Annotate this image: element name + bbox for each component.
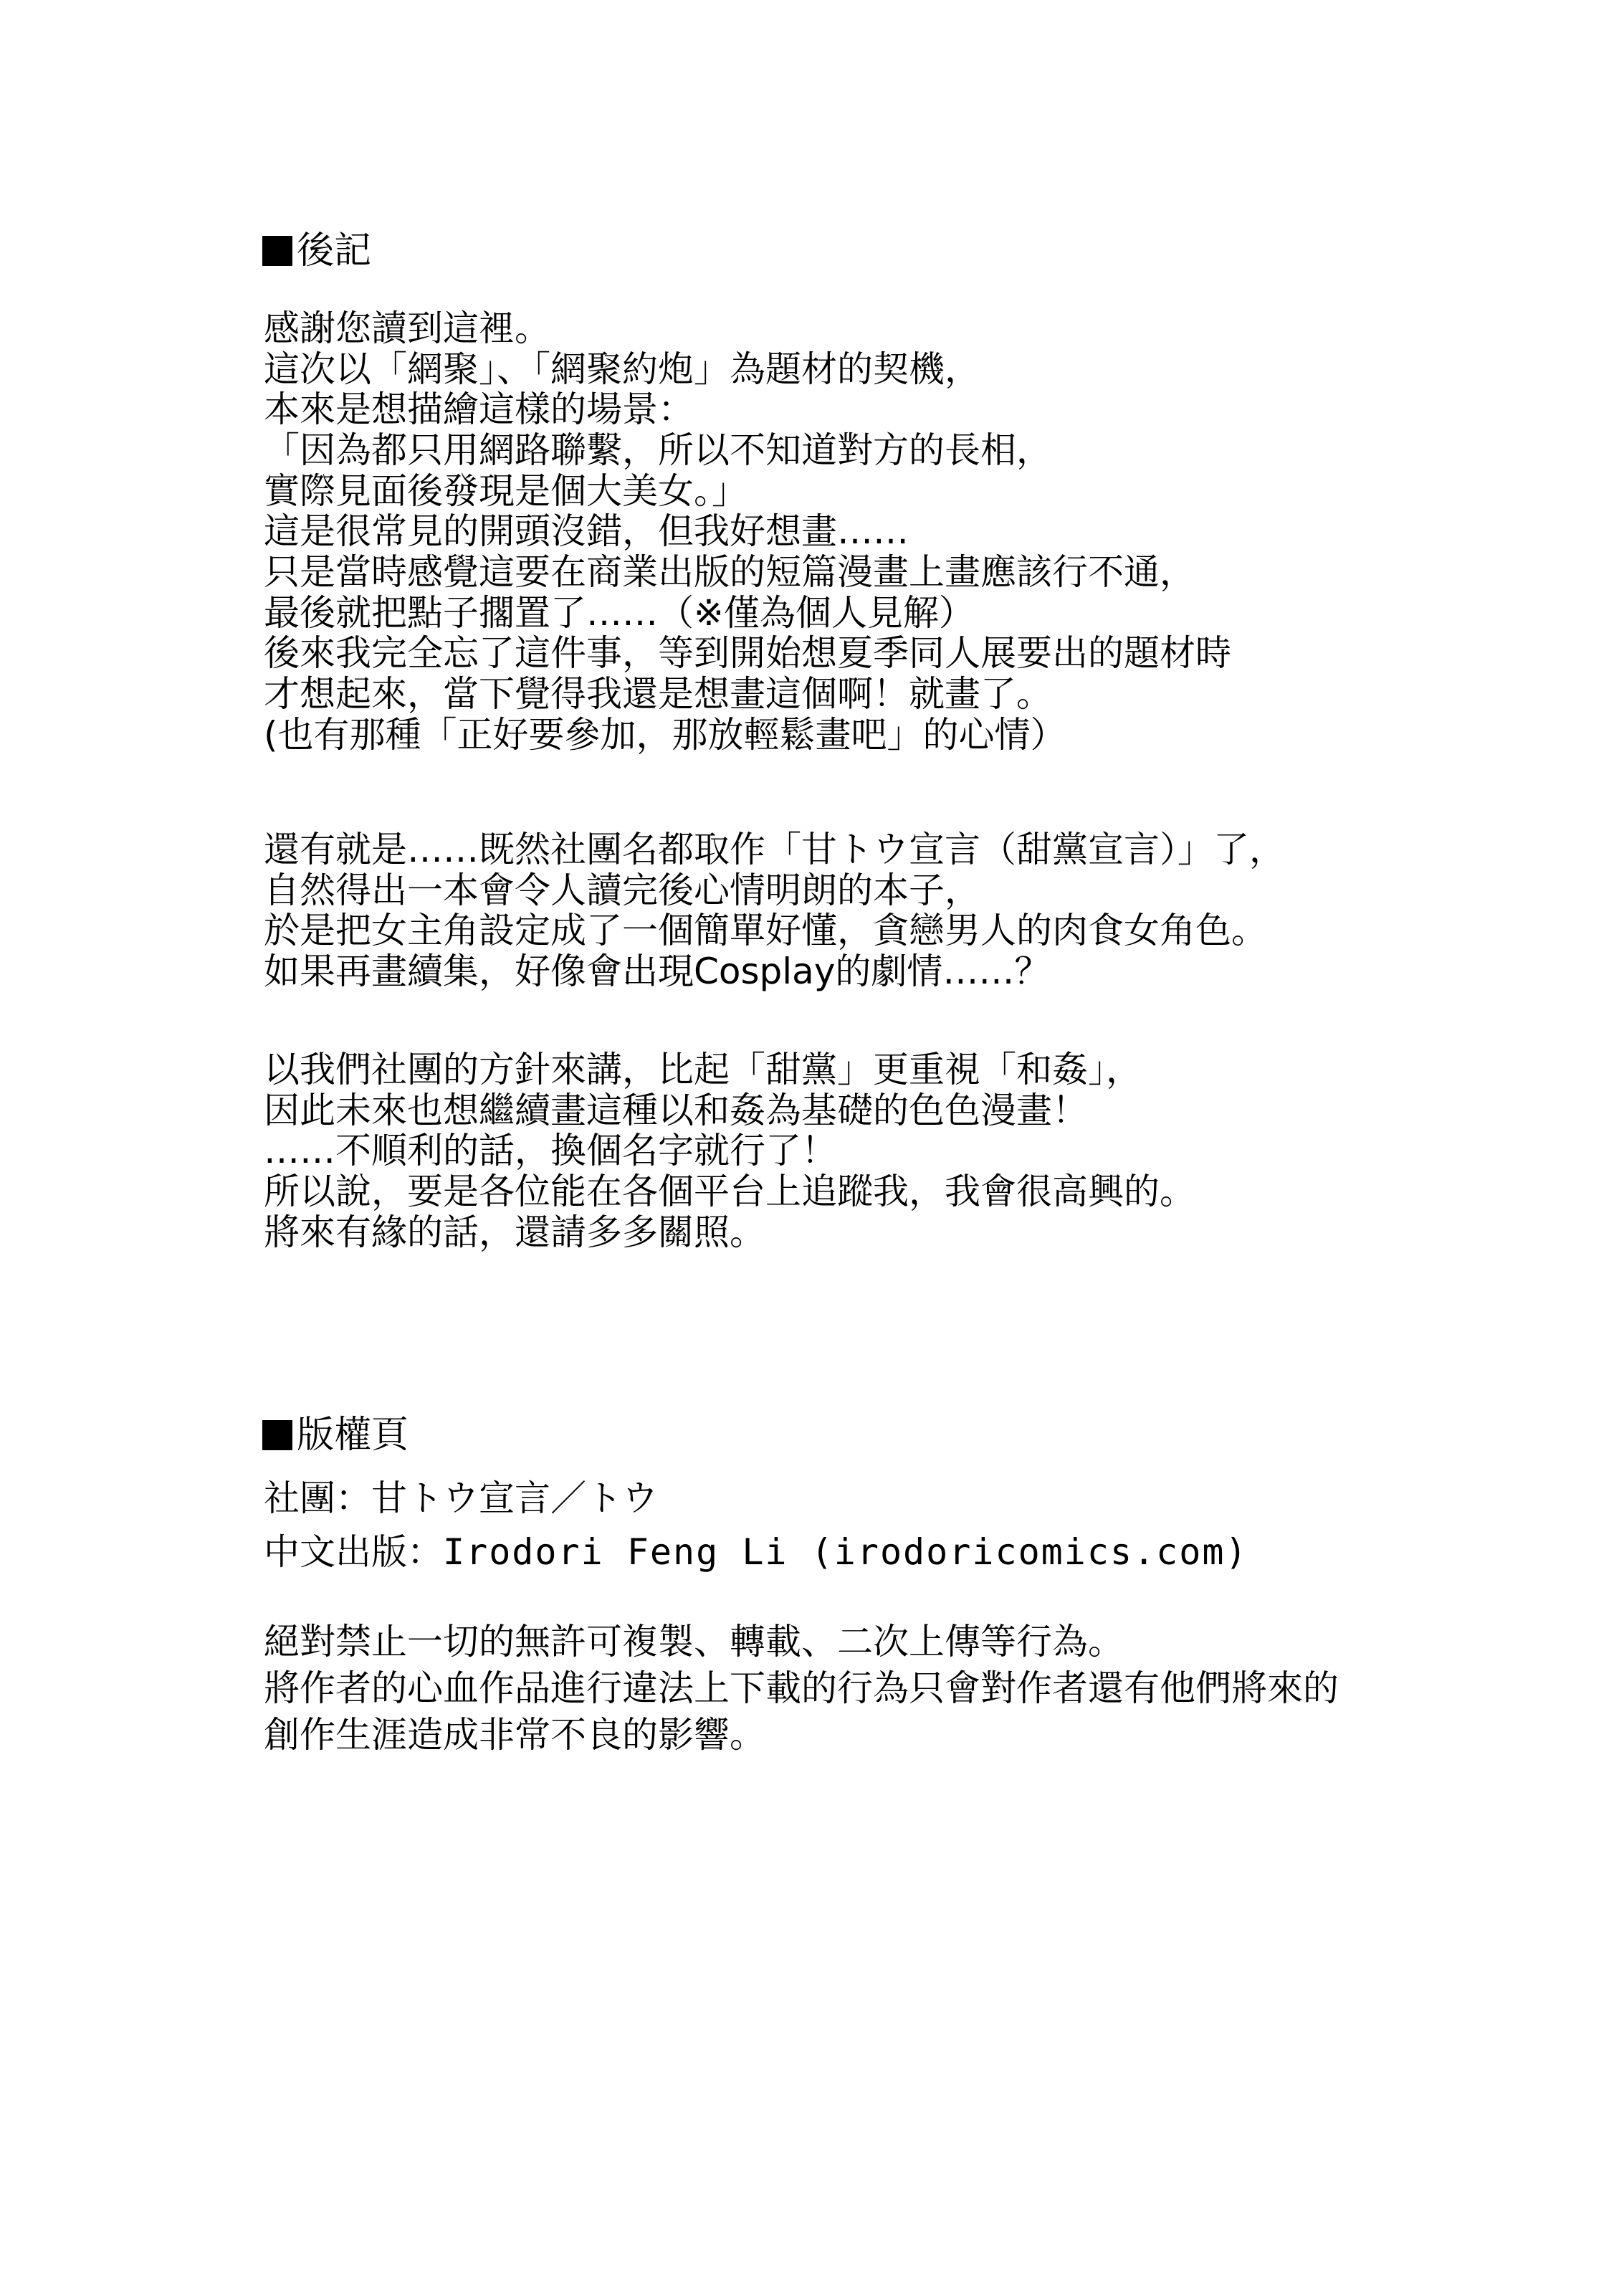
afterword-line: 實際見面後發現是個大美女。」 [264, 471, 747, 511]
copyright-notice-line: 將作者的心血作品進行違法上下載的行為只會對作者還有他們將來的 [264, 1668, 1339, 1708]
afterword-line: 將來有緣的話，還請多多關照。 [264, 1212, 765, 1252]
copyright-notice-line: 創作生涯造成非常不良的影響。 [264, 1715, 765, 1755]
copyright-notice-line: 絕對禁止一切的無許可複製、轉載、二次上傳等行為。 [264, 1622, 1124, 1662]
afterword-line: 感謝您讀到這裡。 [264, 308, 550, 348]
afterword-line: 最後就把點子擱置了……（※僅為個人見解） [264, 593, 975, 633]
afterword-line: 還有就是……既然社團名都取作「甘トウ宣言（甜黨宣言）」了， [264, 829, 1285, 870]
afterword-heading-text: 後記 [297, 231, 371, 271]
publisher-value: Irodori Feng Li (irodoricomics.com) [443, 1531, 1248, 1573]
afterword-line: 以我們社團的方針來講，比起「甜黨」更重視「和姦」， [264, 1050, 1142, 1090]
afterword-line: 這是很常見的開頭沒錯，但我好想畫…… [264, 511, 909, 551]
afterword-line: 才想起來，當下覺得我還是想畫這個啊！就畫了。 [264, 674, 1052, 714]
document-page: 後記 感謝您讀到這裡。 這次以「網聚」、「網聚約炮」為題材的契機， 本來是想描繪… [0, 0, 1624, 2294]
afterword-heading: 後記 [262, 231, 371, 271]
circle-credit: 社團：甘トウ宣言／トウ [264, 1478, 658, 1518]
afterword-line: 於是把女主角設定成了一個簡單好懂，貪戀男人的肉食女角色。 [264, 910, 1267, 951]
afterword-line: (也有那種「正好要參加，那放輕鬆畫吧」的心情） [264, 715, 1066, 755]
afterword-line: 自然得出一本會令人讀完後心情明朗的本子， [264, 870, 980, 910]
afterword-line: 「因為都只用網路聯繫，所以不知道對方的長相， [264, 430, 1052, 470]
afterword-line: 後來我完全忘了這件事，等到開始想夏季同人展要出的題材時 [264, 633, 1231, 673]
afterword-line: 只是當時感覺這要在商業出版的短篇漫畫上畫應該行不通， [264, 552, 1195, 592]
afterword-line: 如果再畫續集，好像會出現Cosplay的劇情……？ [264, 951, 1050, 991]
afterword-line: 因此未來也想繼續畫這種以和姦為基礎的色色漫畫！ [264, 1090, 1088, 1131]
colophon-heading-text: 版權頁 [297, 1415, 409, 1455]
black-square-bullet-icon [262, 1420, 292, 1450]
publisher-credit: 中文出版：Irodori Feng Li (irodoricomics.com) [264, 1532, 1248, 1572]
black-square-bullet-icon [262, 236, 292, 266]
afterword-line: 本來是想描繪這樣的場景： [264, 389, 694, 429]
circle-label: 社團： [264, 1477, 371, 1519]
afterword-line: 這次以「網聚」、「網聚約炮」為題材的契機， [264, 349, 980, 389]
circle-value: 甘トウ宣言／トウ [371, 1477, 658, 1519]
afterword-line: 所以說，要是各位能在各個平台上追蹤我，我會很高興的。 [264, 1171, 1195, 1212]
colophon-heading: 版權頁 [262, 1415, 409, 1455]
publisher-label: 中文出版： [264, 1531, 443, 1573]
afterword-line: ……不順利的話，換個名字就行了！ [264, 1131, 837, 1171]
